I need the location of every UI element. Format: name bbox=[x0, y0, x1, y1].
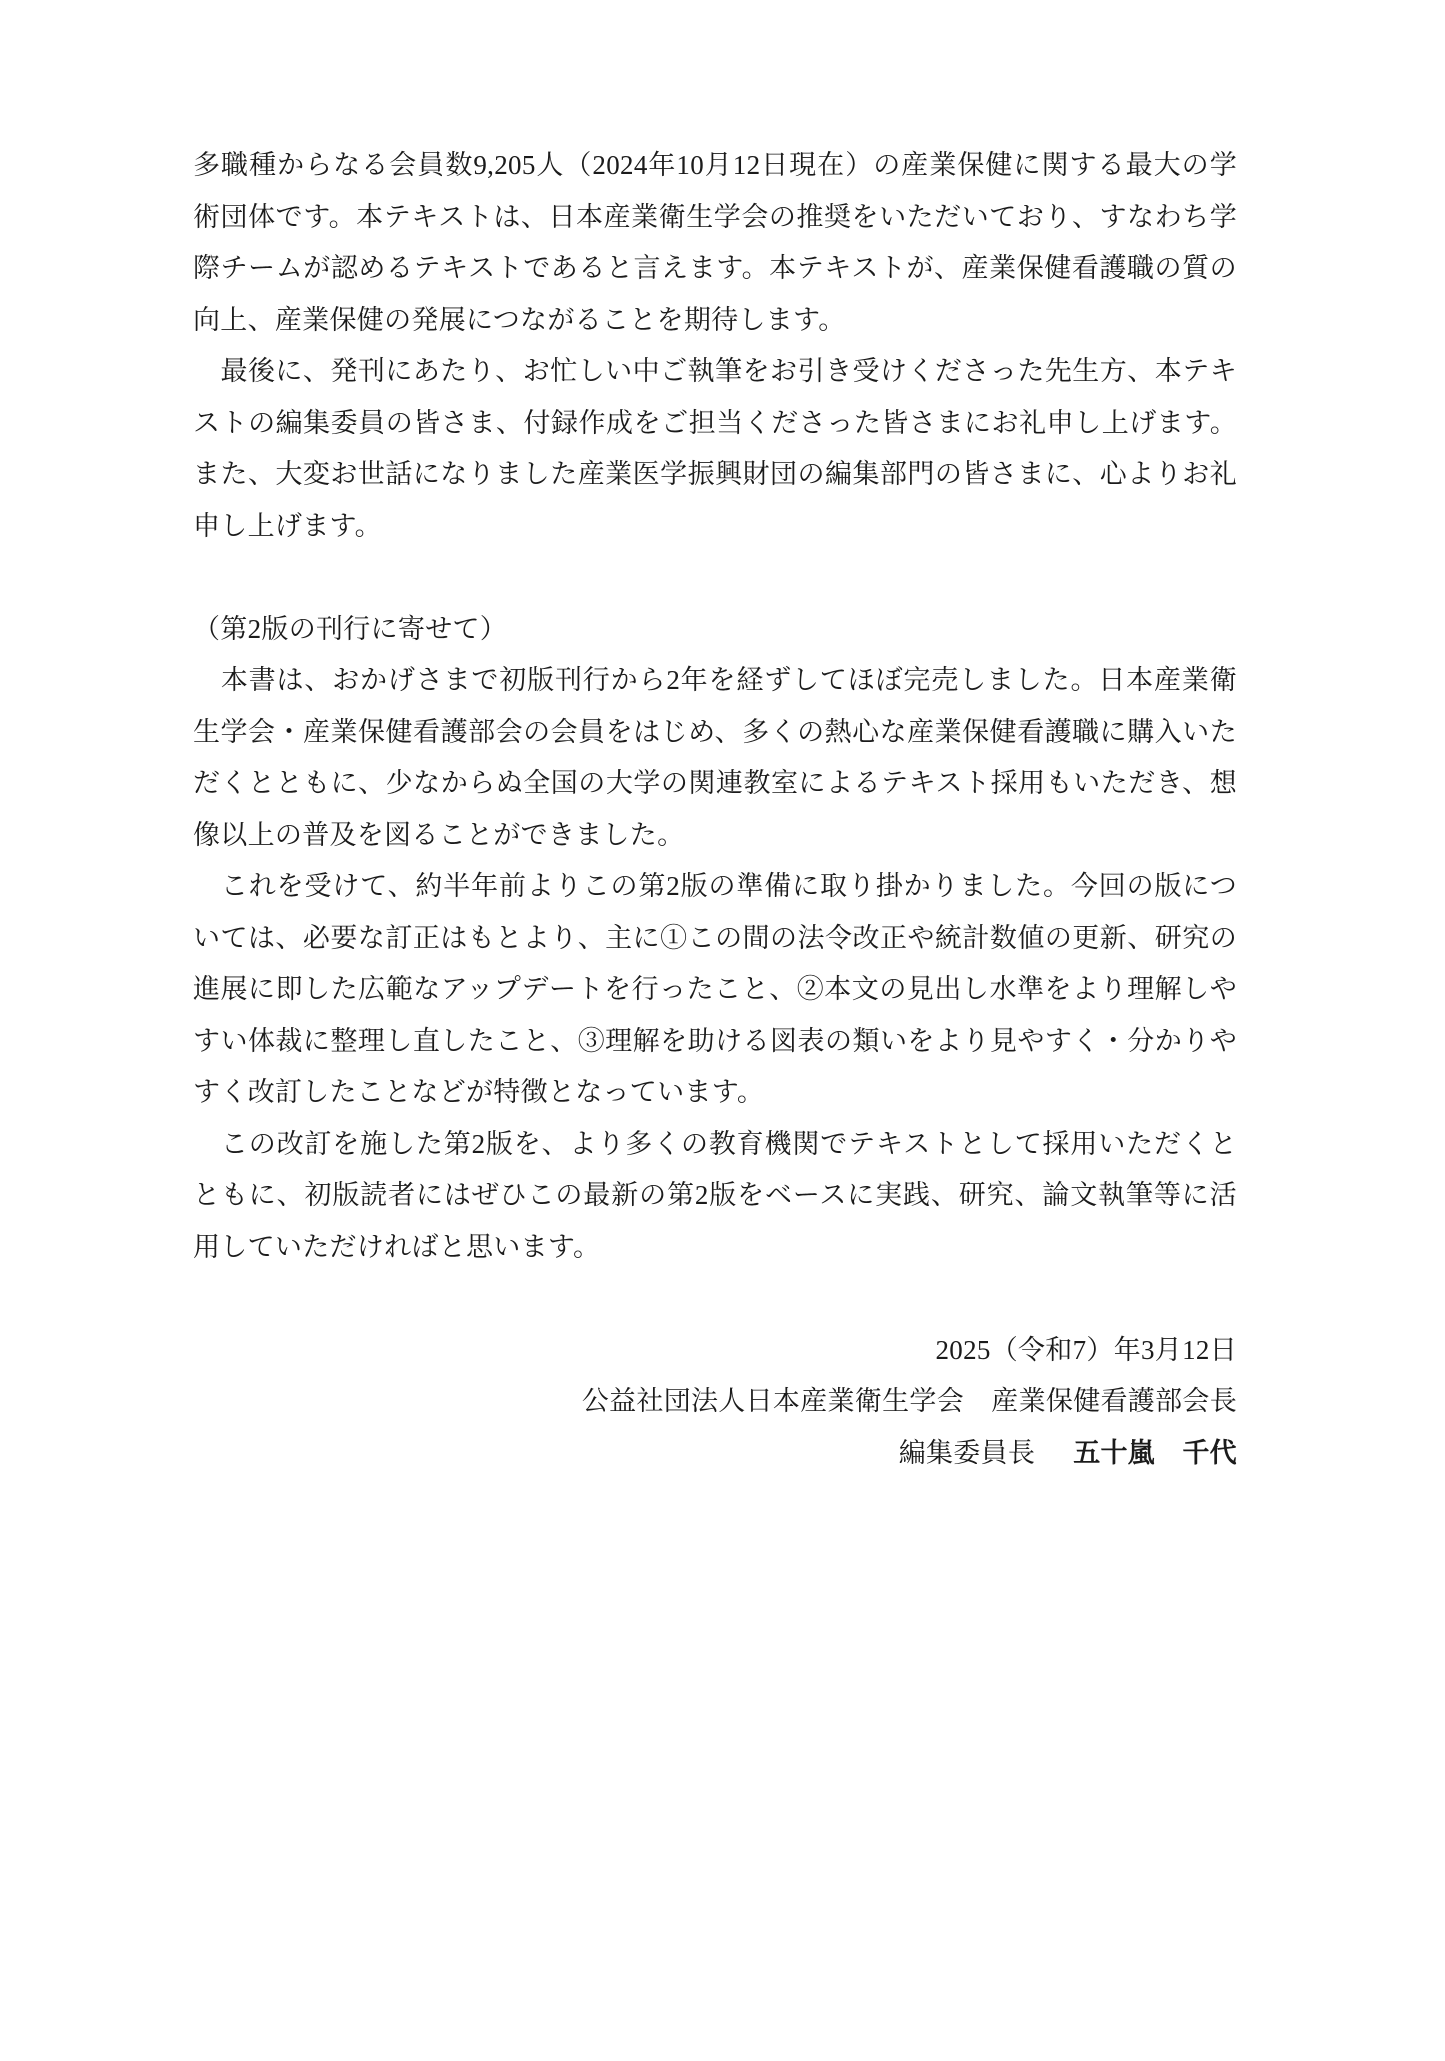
second-edition-paragraph-3: この改訂を施した第2版を、より多くの教育機関でテキストとして採用いただくと とも… bbox=[193, 1119, 1237, 1274]
text-line: 申し上げます。 bbox=[193, 501, 1237, 553]
text-line: すい体裁に整理し直したこと、③理解を助ける図表の類いをより見やすく・分かりや bbox=[193, 1016, 1237, 1068]
text-line: 生学会・産業保健看護部会の会員をはじめ、多くの熱心な産業保健看護職に購入いた bbox=[193, 707, 1237, 759]
document-page: 多職種からなる会員数9,205人（2024年10月12日現在）の産業保健に関する… bbox=[0, 0, 1445, 2061]
text-line: 向上、産業保健の発展につながることを期待します。 bbox=[193, 295, 1237, 347]
text-line: 術団体です。本テキストは、日本産業衛生学会の推奨をいただいており、すなわち学 bbox=[193, 192, 1237, 244]
text-line: この改訂を施した第2版を、より多くの教育機関でテキストとして採用いただくと bbox=[193, 1119, 1237, 1171]
blank-line bbox=[193, 1273, 1237, 1325]
text-line: 本書は、おかげさまで初版刊行から2年を経ずしてほぼ完売しました。日本産業衛 bbox=[193, 655, 1237, 707]
text-line: ストの編集委員の皆さま、付録作成をご担当くださった皆さまにお礼申し上げます。 bbox=[193, 398, 1237, 450]
text-line: 像以上の普及を図ることができました。 bbox=[193, 810, 1237, 862]
text-line: だくとともに、少なからぬ全国の大学の関連教室によるテキスト採用もいただき、想 bbox=[193, 758, 1237, 810]
acknowledgment-paragraph: 最後に、発刊にあたり、お忙しい中ご執筆をお引き受けくださった先生方、本テキ スト… bbox=[193, 346, 1237, 552]
second-edition-paragraph-2: これを受けて、約半年前よりこの第2版の準備に取り掛かりました。今回の版につ いて… bbox=[193, 861, 1237, 1119]
organization-line: 公益社団法人日本産業衛生学会 産業保健看護部会長 bbox=[193, 1376, 1237, 1428]
second-edition-heading: （第2版の刊行に寄せて） bbox=[193, 604, 1237, 656]
editor-name: 五十嵐 千代 bbox=[1073, 1438, 1237, 1468]
text-line: いては、必要な訂正はもとより、主に①この間の法令改正や統計数値の更新、研究の bbox=[193, 913, 1237, 965]
publication-date: 2025（令和7）年3月12日 bbox=[193, 1325, 1237, 1377]
second-edition-paragraph-1: 本書は、おかげさまで初版刊行から2年を経ずしてほぼ完売しました。日本産業衛 生学… bbox=[193, 655, 1237, 861]
text-line: ともに、初版読者にはぜひこの最新の第2版をベースに実践、研究、論文執筆等に活 bbox=[193, 1170, 1237, 1222]
text-line: また、大変お世話になりました産業医学振興財団の編集部門の皆さまに、心よりお礼 bbox=[193, 449, 1237, 501]
text-line: 最後に、発刊にあたり、お忙しい中ご執筆をお引き受けくださった先生方、本テキ bbox=[193, 346, 1237, 398]
signature-block: 2025（令和7）年3月12日 公益社団法人日本産業衛生学会 産業保健看護部会長… bbox=[193, 1325, 1237, 1480]
text-line: 多職種からなる会員数9,205人（2024年10月12日現在）の産業保健に関する… bbox=[193, 140, 1237, 192]
text-line: すく改訂したことなどが特徴となっています。 bbox=[193, 1067, 1237, 1119]
text-line: 際チームが認めるテキストであると言えます。本テキストが、産業保健看護職の質の bbox=[193, 243, 1237, 295]
blank-line bbox=[193, 552, 1237, 604]
text-line: 進展に即した広範なアップデートを行ったこと、②本文の見出し水準をより理解しや bbox=[193, 964, 1237, 1016]
text-line: 用していただければと思います。 bbox=[193, 1222, 1237, 1274]
page-content: 多職種からなる会員数9,205人（2024年10月12日現在）の産業保健に関する… bbox=[193, 140, 1237, 1479]
text-line: これを受けて、約半年前よりこの第2版の準備に取り掛かりました。今回の版につ bbox=[193, 861, 1237, 913]
editor-line: 編集委員長五十嵐 千代 bbox=[193, 1428, 1237, 1480]
preface-continuation-paragraph: 多職種からなる会員数9,205人（2024年10月12日現在）の産業保健に関する… bbox=[193, 140, 1237, 346]
editor-role: 編集委員長 bbox=[899, 1438, 1036, 1468]
